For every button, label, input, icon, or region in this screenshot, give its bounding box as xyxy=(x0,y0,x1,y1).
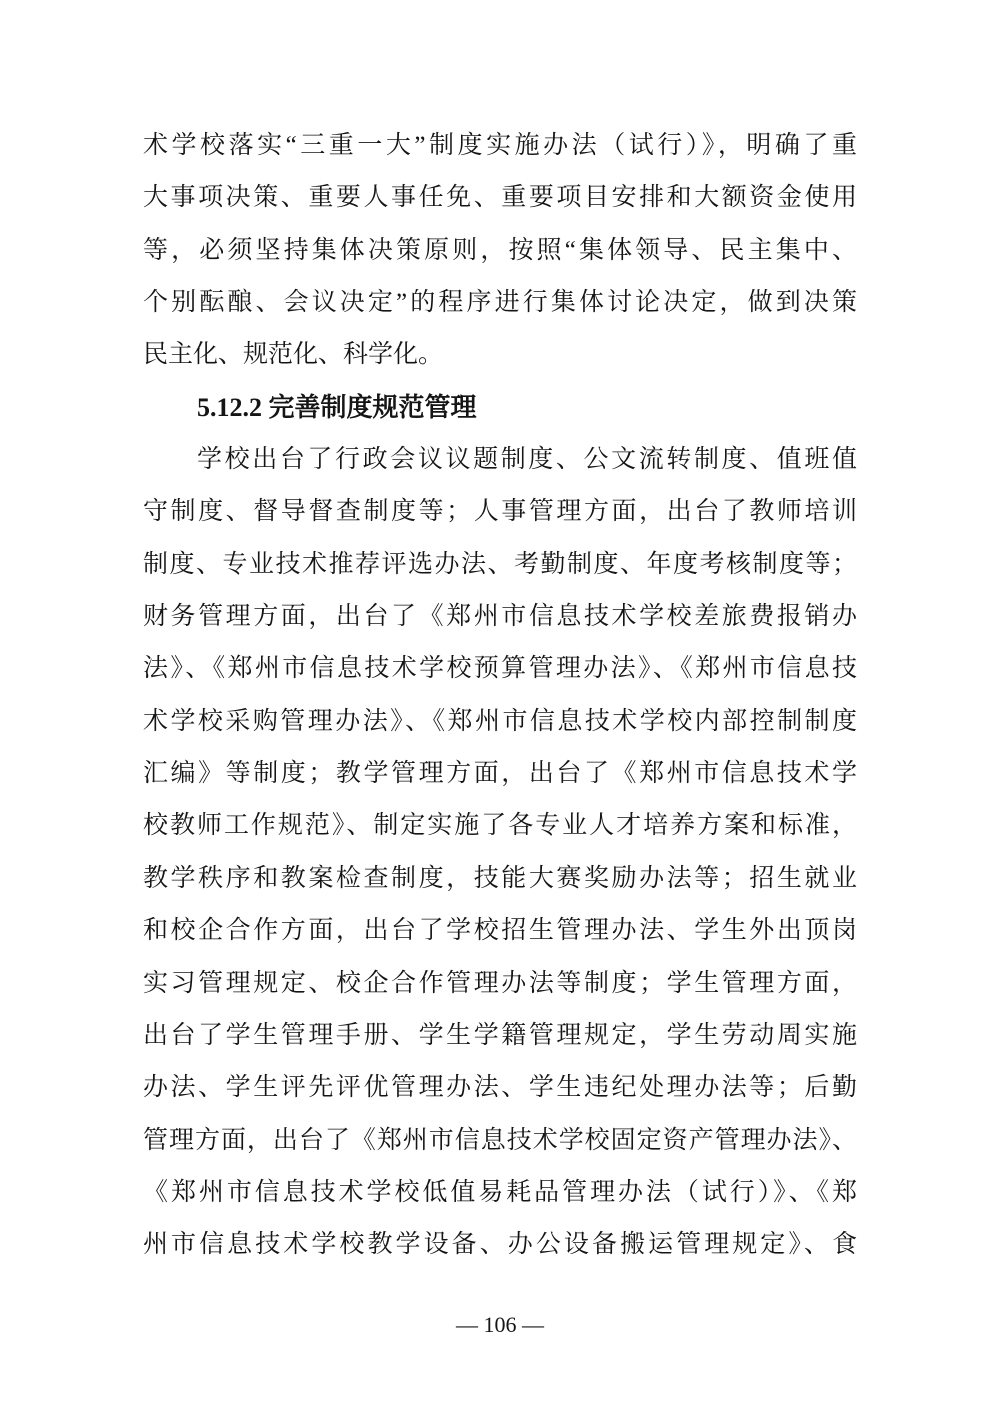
text-line: 制度、专业技术推荐评选办法、考勤制度、年度考核制度等； xyxy=(143,539,857,591)
text-line: 大事项决策、重要人事任免、重要项目安排和大额资金使用 xyxy=(143,172,857,224)
page-number: — 106 — xyxy=(0,1301,1000,1349)
text-line: 汇编》等制度；教学管理方面，出台了《郑州市信息技术学 xyxy=(143,748,857,800)
text-line: 法》、《郑州市信息技术学校预算管理办法》、《郑州市信息技 xyxy=(143,643,857,695)
text-line: 民主化、规范化、科学化。 xyxy=(143,329,857,381)
text-line: 学校出台了行政会议议题制度、公文流转制度、值班值 xyxy=(143,434,857,486)
text-line: 术学校采购管理办法》、《郑州市信息技术学校内部控制制度 xyxy=(143,696,857,748)
text-line: 实习管理规定、校企合作管理办法等制度；学生管理方面， xyxy=(143,958,857,1010)
text-line: 术学校落实“三重一大”制度实施办法（试行）》，明确了重 xyxy=(143,120,857,172)
text-line: 校教师工作规范》、制定实施了各专业人才培养方案和标准， xyxy=(143,800,857,852)
section-heading: 5.12.2 完善制度规范管理 xyxy=(143,382,857,434)
document-page: 术学校落实“三重一大”制度实施办法（试行）》，明确了重大事项决策、重要人事任免、… xyxy=(0,0,1000,1414)
text-line: 《郑州市信息技术学校低值易耗品管理办法（试行）》、《郑 xyxy=(143,1167,857,1219)
text-line: 和校企合作方面，出台了学校招生管理办法、学生外出顶岗 xyxy=(143,905,857,957)
text-line: 州市信息技术学校教学设备、办公设备搬运管理规定》、食 xyxy=(143,1219,857,1271)
text-line: 教学秩序和教案检查制度，技能大赛奖励办法等；招生就业 xyxy=(143,853,857,905)
text-line: 管理方面，出台了《郑州市信息技术学校固定资产管理办法》、 xyxy=(143,1115,857,1167)
text-line: 等，必须坚持集体决策原则，按照“集体领导、民主集中、 xyxy=(143,225,857,277)
text-line: 办法、学生评先评优管理办法、学生违纪处理办法等；后勤 xyxy=(143,1062,857,1114)
text-content: 术学校落实“三重一大”制度实施办法（试行）》，明确了重大事项决策、重要人事任免、… xyxy=(143,120,857,1272)
text-line: 出台了学生管理手册、学生学籍管理规定，学生劳动周实施 xyxy=(143,1010,857,1062)
text-line: 守制度、督导督查制度等；人事管理方面，出台了教师培训 xyxy=(143,486,857,538)
text-line: 个别酝酿、会议决定”的程序进行集体讨论决定，做到决策 xyxy=(143,277,857,329)
text-line: 财务管理方面，出台了《郑州市信息技术学校差旅费报销办 xyxy=(143,591,857,643)
